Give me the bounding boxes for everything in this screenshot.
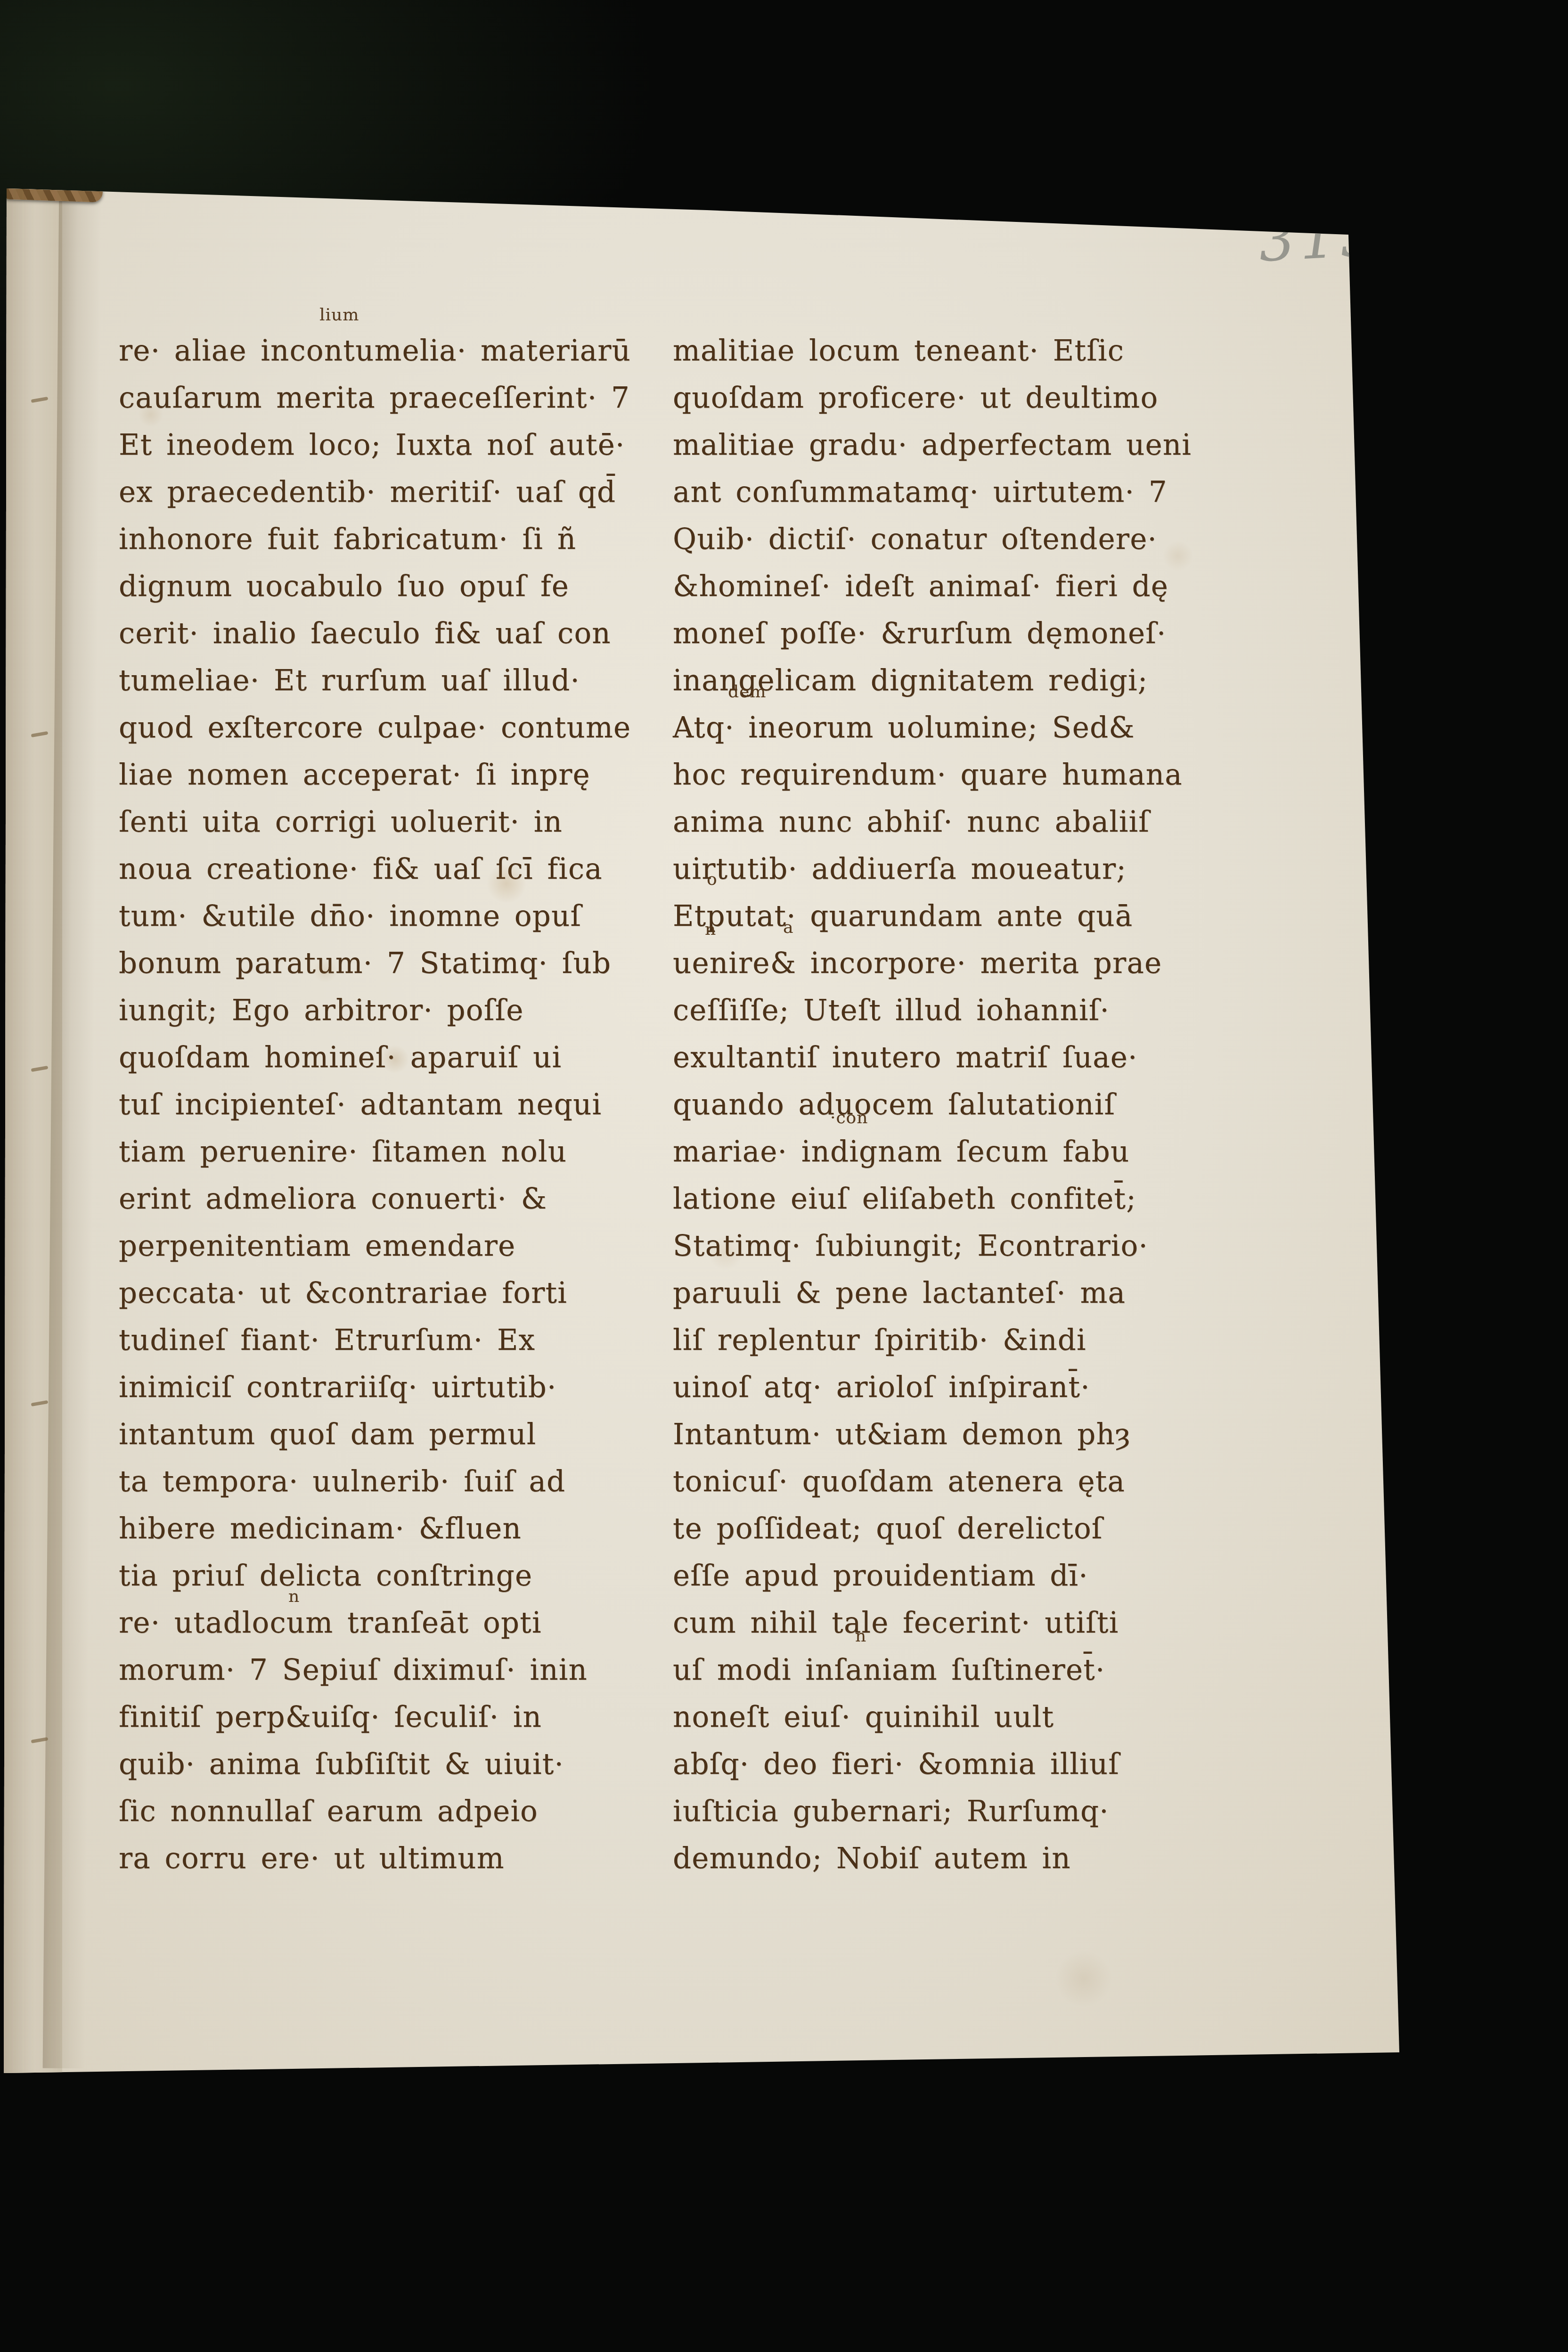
text-line: ſenti uita corrigi uoluerit· in (119, 799, 670, 846)
text-line: ex praecedentib· meritiſ· uaſ qd̄ (119, 469, 670, 516)
text-line: uirtutib· addiuerſa moueatur; (673, 846, 1276, 893)
text-line: eſſe apud prouidentiam dī· (673, 1552, 1276, 1600)
text-line: Etputat· quarundam ante quā (673, 893, 1276, 940)
interlinear-gloss: n (855, 1626, 866, 1646)
text-line: tiam peruenire· ſitamen nolu (119, 1128, 670, 1176)
text-line: malitiae gradu· adperfectam ueni (673, 422, 1276, 469)
interlinear-gloss: a (783, 918, 793, 937)
text-line: paruuli & pene lactanteſ· ma (673, 1270, 1276, 1317)
text-line: inhonore fuit fabricatum· ſi ñ (119, 516, 670, 563)
text-line: quoſdam homineſ· aparuiſ ui (119, 1034, 670, 1081)
folio-number: 313. (1258, 202, 1405, 275)
text-line: &homineſ· ideſt animaſ· fieri dę (673, 563, 1276, 610)
text-line: quib· anima ſubſiſtit & uiuit· (119, 1741, 670, 1788)
column-right: malitiae locum teneant· Etſicquoſdam pro… (673, 327, 1276, 1882)
text-line: liae nomen acceperat· ſi inprę (119, 751, 670, 799)
text-line: re· utadlocum tranſeāt opti (119, 1600, 670, 1647)
text-line: malitiae locum teneant· Etſic (673, 327, 1276, 375)
text-line: quoſdam proficere· ut deultimo (673, 375, 1276, 422)
text-line: Intantum· ut&iam demon phȝ (673, 1411, 1276, 1458)
text-line: morum· 7 Sepiuſ diximuſ· inin (119, 1647, 670, 1694)
text-line: mariae· indignam ſecum fabu (673, 1128, 1276, 1176)
text-line: te poſſideat; quoſ derelictoſ (673, 1505, 1276, 1552)
text-line: peccata· ut &contrariae forti (119, 1270, 670, 1317)
text-line: quod exſtercore culpae· contume (119, 704, 670, 751)
text-line: tum· &utile dn̄o· inomne opuſ (119, 893, 670, 940)
manuscript-page: 313. ˊ re· aliae incontumelia· materiarū… (0, 0, 1568, 2352)
interlinear-gloss: dem (728, 682, 767, 702)
text-line: tonicuſ· quoſdam atenera ęta (673, 1458, 1276, 1505)
text-line: Statimq· ſubiungit; Econtrario· (673, 1223, 1276, 1270)
text-line: abſq· deo fieri· &omnia illiuſ (673, 1741, 1276, 1788)
text-line: noneſt eiuſ· quinihil uult (673, 1694, 1276, 1741)
text-line: hoc requirendum· quare humana (673, 751, 1276, 799)
text-line: Quib· dictiſ· conatur oſtendere· (673, 516, 1276, 563)
text-line: Et ineodem loco; Iuxta noſ autē· (119, 422, 670, 469)
interlinear-gloss: lium (319, 305, 359, 325)
text-line: dignum uocabulo ſuo opuſ fe (119, 563, 670, 610)
text-line: latione eiuſ eliſabeth confitet̄; (673, 1176, 1276, 1223)
text-line: iuſticia gubernari; Rurſumq· (673, 1788, 1276, 1835)
text-line: liſ replentur ſpiritib· &indi (673, 1317, 1276, 1364)
text-line: finitiſ perp&uiſq· ſeculiſ· in (119, 1694, 670, 1741)
column-left: re· aliae incontumelia· materiarūcauſaru… (119, 327, 670, 1882)
text-line: erint admeliora conuerti· & (119, 1176, 670, 1223)
text-line: tuſ incipienteſ· adtantam nequi (119, 1081, 670, 1128)
text-line: re· aliae incontumelia· materiarū (119, 327, 670, 375)
text-line: iungit; Ego arbitror· poſſe (119, 987, 670, 1034)
text-line: tudineſ fiant· Etrurſum· Ex (119, 1317, 670, 1364)
text-line: cauſarum merita praeceſſerint· 7 (119, 375, 670, 422)
text-line: ceſſiſſe; Uteſt illud iohanniſ· (673, 987, 1276, 1034)
text-line: Atq· ineorum uolumine; Sed& (673, 704, 1276, 751)
text-line: demundo; Nobiſ autem in (673, 1835, 1276, 1882)
text-line: tumeliae· Et rurſum uaſ illud· (119, 657, 670, 704)
text-line: ra corru ere· ut ultimum (119, 1835, 670, 1882)
text-line: inimiciſ contrariiſq· uirtutib· (119, 1364, 670, 1411)
text-line: cerit· inalio ſaeculo fi& uaſ con (119, 610, 670, 657)
interlinear-gloss: n (705, 920, 716, 939)
interlinear-gloss: ·con (830, 1108, 868, 1127)
text-line: quando aduocem ſalutationiſ (673, 1081, 1276, 1128)
text-line: intantum quoſ dam permul (119, 1411, 670, 1458)
text-line: hibere medicinam· &fluen (119, 1505, 670, 1552)
text-line: tia priuſ delicta conſtringe (119, 1552, 670, 1600)
folio-caret-mark: ˊ (1347, 192, 1361, 217)
text-line: ant conſummatamq· uirtutem· 7 (673, 469, 1276, 516)
text-line: anima nunc abhiſ· nunc abaliiſ (673, 799, 1276, 846)
interlinear-gloss: n (288, 1587, 300, 1606)
endband-braid (0, 179, 103, 203)
text-line: uenire& incorpore· merita prae (673, 940, 1276, 987)
text-line: noua creatione· fi& uaſ ſcī fica (119, 846, 670, 893)
text-line: ta tempora· uulnerib· ſuiſ ad (119, 1458, 670, 1505)
text-line: cum nihil tale fecerint· utiſti (673, 1600, 1276, 1647)
text-line: moneſ poſſe· &rurſum dęmoneſ· (673, 610, 1276, 657)
text-line: uinoſ atq· arioloſ inſpirant̄· (673, 1364, 1276, 1411)
text-line: perpenitentiam emendare (119, 1223, 670, 1270)
text-line: exultantiſ inutero matriſ ſuae· (673, 1034, 1276, 1081)
text-line: ſic nonnullaſ earum adpeio (119, 1788, 670, 1835)
interlinear-gloss: o (707, 870, 718, 889)
text-line: uſ modi inſaniam ſuſtineret̄· (673, 1647, 1276, 1694)
text-line: bonum paratum· 7 Statimq· ſub (119, 940, 670, 987)
